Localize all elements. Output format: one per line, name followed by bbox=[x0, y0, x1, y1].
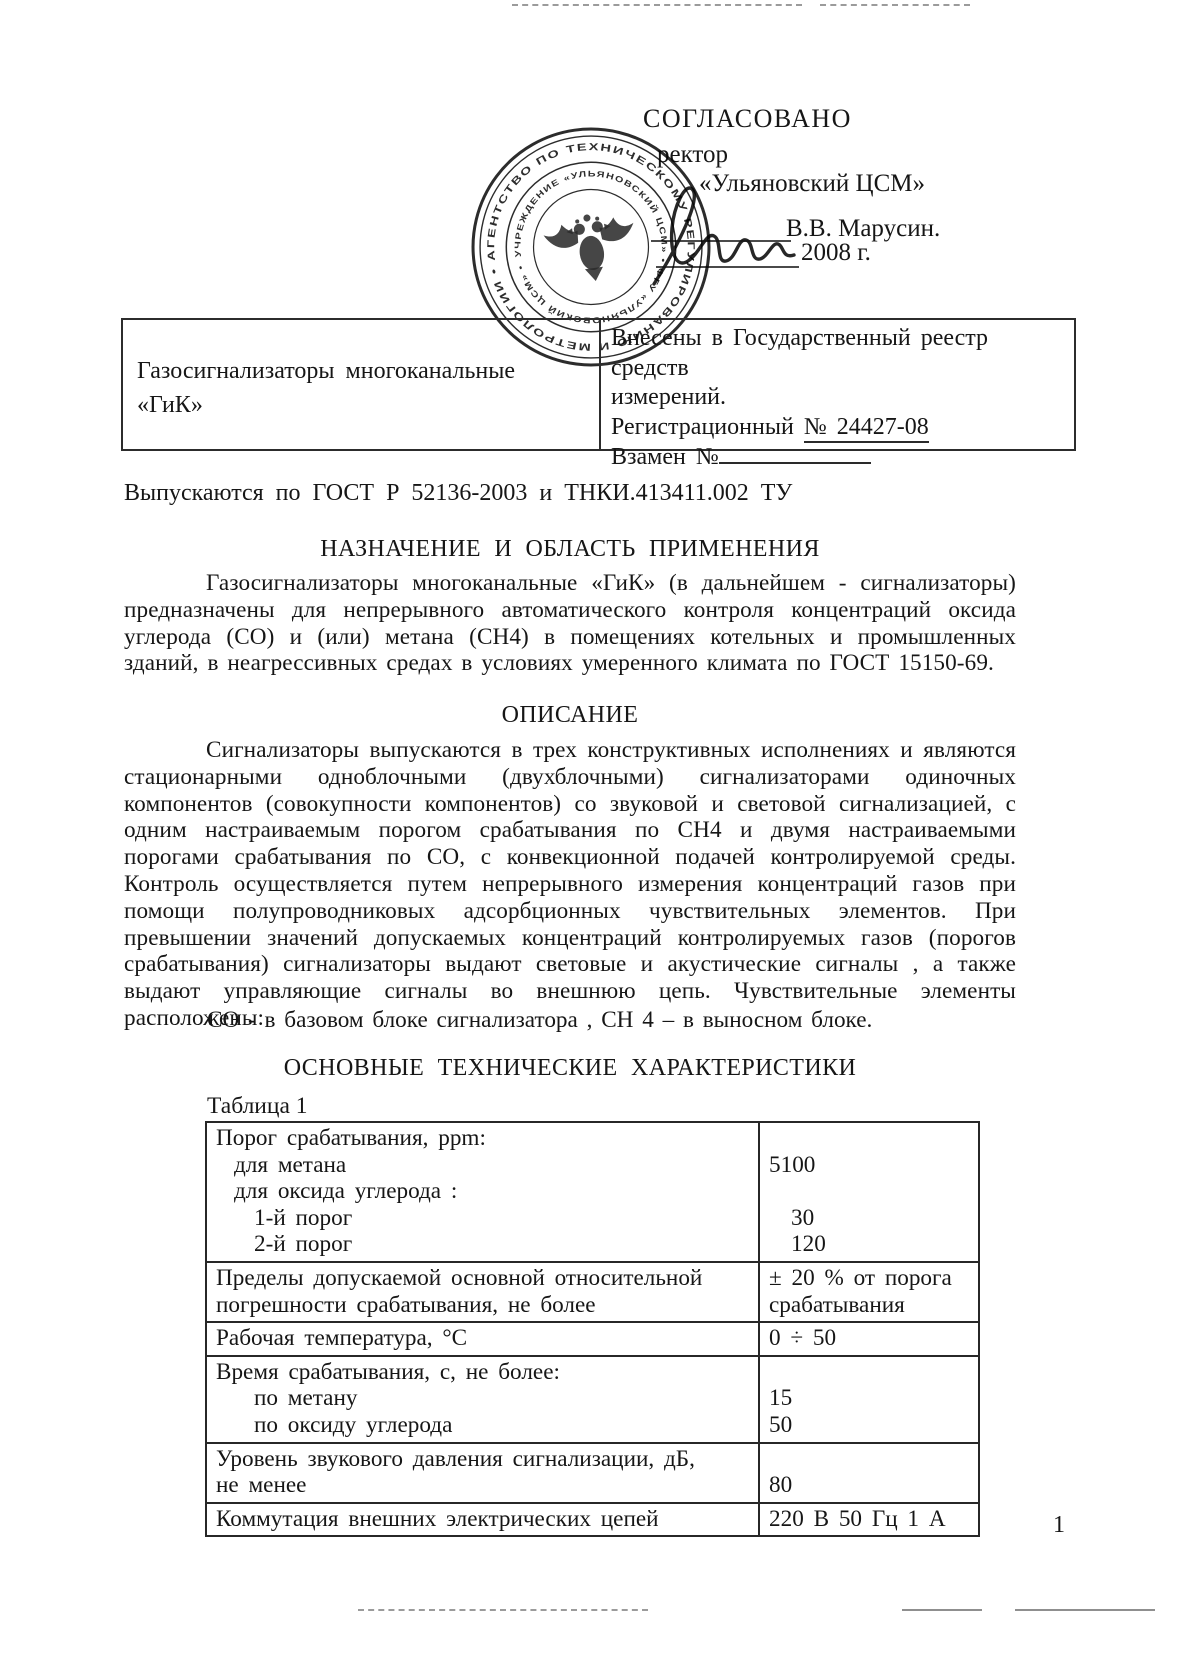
table-cell-line: ± 20 % от порога bbox=[769, 1265, 972, 1292]
value-cell: 0 ÷ 50 bbox=[759, 1322, 979, 1356]
value-cell: ± 20 % от порогасрабатывания bbox=[759, 1262, 979, 1322]
parameter-cell: Пределы допускаемой основной относительн… bbox=[206, 1262, 759, 1322]
table-cell-line: 2-й порог bbox=[216, 1231, 752, 1258]
characteristics-table: Порог срабатывания, ppm:для метанадля ок… bbox=[205, 1121, 980, 1537]
registration-number: № 24427-08 bbox=[804, 414, 929, 443]
parameter-cell: Порог срабатывания, ppm:для метанадля ок… bbox=[206, 1122, 759, 1262]
table-cell-blank-line bbox=[769, 1125, 972, 1152]
table-cell-line: 1-й порог bbox=[216, 1205, 752, 1232]
device-name-line1: Газосигнализаторы многоканальные bbox=[137, 354, 589, 388]
table-cell-line: срабатывания bbox=[769, 1292, 972, 1319]
section-heading-description: ОПИСАНИЕ bbox=[124, 702, 1016, 729]
table-cell-line: Коммутация внешних электрических цепей bbox=[216, 1506, 752, 1533]
table-label: Таблица 1 bbox=[207, 1093, 308, 1120]
registry-line2: измерений. bbox=[611, 383, 1068, 413]
table-cell-line: Пределы допускаемой основной относительн… bbox=[216, 1265, 752, 1292]
device-name-cell: Газосигнализаторы многоканальные «ГиК» bbox=[123, 320, 601, 449]
table-cell-line: Время срабатывания, с, не более: bbox=[216, 1359, 752, 1386]
sensor-location-line: СО - в базовом блоке сигнализатора , СН … bbox=[124, 1007, 1016, 1034]
parameter-cell: Время срабатывания, с, не более:по метан… bbox=[206, 1356, 759, 1443]
section-heading-characteristics: ОСНОВНЫЕ ТЕХНИЧЕСКИЕ ХАРАКТЕРИСТИКИ bbox=[124, 1055, 1016, 1082]
table-cell-line: 0 ÷ 50 bbox=[769, 1325, 972, 1352]
table-cell-blank-line bbox=[769, 1446, 972, 1473]
table-cell-line: 80 bbox=[769, 1472, 972, 1499]
registry-number-line: Регистрационный № 24427-08 bbox=[611, 413, 1068, 443]
table-cell-line: погрешности срабатывания, не более bbox=[216, 1292, 752, 1319]
description-paragraph: Сигнализаторы выпускаются в трех констру… bbox=[124, 737, 1016, 1032]
table-row: Пределы допускаемой основной относительн… bbox=[206, 1262, 979, 1322]
table-cell-line: для метана bbox=[216, 1152, 752, 1179]
scan-artifact bbox=[512, 4, 802, 6]
double-eagle-emblem-icon bbox=[542, 208, 641, 287]
replaces-blank-line bbox=[719, 442, 871, 464]
registration-box: Газосигнализаторы многоканальные «ГиК» В… bbox=[121, 318, 1076, 451]
value-cell: 1550 bbox=[759, 1356, 979, 1443]
section-heading-purpose: НАЗНАЧЕНИЕ И ОБЛАСТЬ ПРИМЕНЕНИЯ bbox=[124, 536, 1016, 563]
value-cell: 220 В 50 Гц 1 А bbox=[759, 1503, 979, 1537]
table-cell-line: 5100 bbox=[769, 1152, 972, 1179]
table-cell-blank-line bbox=[769, 1359, 972, 1386]
table-cell-line: по метану bbox=[216, 1385, 752, 1412]
issued-per-standard-line: Выпускаются по ГОСТ Р 52136-2003 и ТНКИ.… bbox=[124, 480, 792, 507]
parameter-cell: Рабочая температура, °С bbox=[206, 1322, 759, 1356]
table-cell-line: Уровень звукового давления сигнализации,… bbox=[216, 1446, 752, 1473]
scan-artifact bbox=[820, 4, 970, 6]
table-cell-line: 30 bbox=[769, 1205, 972, 1232]
parameter-cell: Уровень звукового давления сигнализации,… bbox=[206, 1443, 759, 1503]
table-row: Порог срабатывания, ppm:для метанадля ок… bbox=[206, 1122, 979, 1262]
table-row: Время срабатывания, с, не более:по метан… bbox=[206, 1356, 979, 1443]
table-cell-line: не менее bbox=[216, 1472, 752, 1499]
parameter-cell: Коммутация внешних электрических цепей bbox=[206, 1503, 759, 1537]
table-cell-line: 15 bbox=[769, 1385, 972, 1412]
scan-artifact bbox=[902, 1609, 982, 1611]
value-cell: 80 bbox=[759, 1443, 979, 1503]
purpose-paragraph: Газосигнализаторы многоканальные «ГиК» (… bbox=[124, 570, 1016, 677]
table-cell-line: для оксида углерода : bbox=[216, 1178, 752, 1205]
registry-cell: Внесены в Государственный реестр средств… bbox=[601, 320, 1074, 449]
replaces-line: Взамен № bbox=[611, 442, 1068, 473]
characteristics-table-body: Порог срабатывания, ppm:для метанадля ок… bbox=[206, 1122, 979, 1536]
scan-artifact bbox=[358, 1609, 648, 1611]
page-number: 1 bbox=[1053, 1512, 1065, 1539]
table-row: Коммутация внешних электрических цепей22… bbox=[206, 1503, 979, 1537]
table-cell-line: Порог срабатывания, ppm: bbox=[216, 1125, 752, 1152]
device-name-line2: «ГиК» bbox=[137, 388, 589, 422]
table-cell-line: 120 bbox=[769, 1231, 972, 1258]
table-cell-line: по оксиду углерода bbox=[216, 1412, 752, 1439]
value-cell: 510030120 bbox=[759, 1122, 979, 1262]
table-cell-blank-line bbox=[769, 1178, 972, 1205]
table-cell-line: 220 В 50 Гц 1 А bbox=[769, 1506, 972, 1533]
scan-artifact bbox=[1015, 1609, 1155, 1611]
table-cell-line: Рабочая температура, °С bbox=[216, 1325, 752, 1352]
registry-line1: Внесены в Государственный реестр средств bbox=[611, 324, 1068, 383]
document-page: СОГЛАСОВАНО ректор «Ульяновский ЦСМ» В.В… bbox=[0, 0, 1184, 1658]
table-cell-line: 50 bbox=[769, 1412, 972, 1439]
table-row: Уровень звукового давления сигнализации,… bbox=[206, 1443, 979, 1503]
table-row: Рабочая температура, °С0 ÷ 50 bbox=[206, 1322, 979, 1356]
